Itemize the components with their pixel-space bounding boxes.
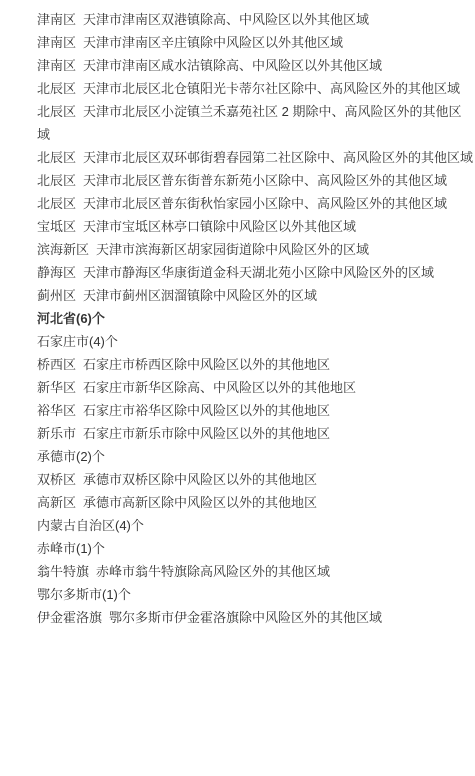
district-name: 津南区 [37,58,76,73]
region-description: 天津市滨海新区胡家园街道除中风险区外的区域 [96,242,369,257]
region-description: 天津市宝坻区林亭口镇除中风险区以外其他区域 [83,219,356,234]
district-name: 静海区 [37,265,76,280]
region-description: 石家庄市新乐市除中风险区以外的其他地区 [83,426,330,441]
region-row: 宝坻区天津市宝坻区林亭口镇除中风险区以外其他区域 [37,215,473,238]
district-name: 桥西区 [37,357,76,372]
region-row: 翁牛特旗赤峰市翁牛特旗除高风险区外的其他区域 [37,560,473,583]
region-description: 天津市蓟州区洇溜镇除中风险区外的区域 [83,288,317,303]
region-row: 北辰区天津市北辰区小淀镇兰禾嘉苑社区 2 期除中、高风险区外的其他区域 [37,100,467,146]
district-name: 裕华区 [37,403,76,418]
region-row: 桥西区石家庄市桥西区除中风险区以外的其他地区 [37,353,473,376]
region-row: 伊金霍洛旗鄂尔多斯市伊金霍洛旗除中风险区外的其他区域 [37,606,473,629]
region-row: 双桥区承德市双桥区除中风险区以外的其他地区 [37,468,473,491]
region-row: 裕华区石家庄市裕华区除中风险区以外的其他地区 [37,399,473,422]
region-description: 天津市津南区辛庄镇除中风险区以外其他区域 [83,35,343,50]
region-row: 北辰区天津市北辰区北仓镇阳光卡蒂尔社区除中、高风险区外的其他区域 [37,77,473,100]
district-name: 北辰区 [37,81,76,96]
region-description: 天津市北辰区小淀镇兰禾嘉苑社区 2 期除中、高风险区外的其他区域 [37,104,461,142]
region-row: 静海区天津市静海区华康街道金科天湖北苑小区除中风险区外的区域 [37,261,473,284]
district-name: 高新区 [37,495,76,510]
region-row: 北辰区天津市北辰区普东街秋怡家园小区除中、高风险区外的其他区域 [37,192,473,215]
region-description: 石家庄市新华区除高、中风险区以外的其他地区 [83,380,356,395]
district-name: 伊金霍洛旗 [37,610,102,625]
province-header-hebei: 河北省(6)个 [37,307,473,330]
province-header-neimenggu: 内蒙古自治区(4)个 [37,514,473,537]
region-row: 新华区石家庄市新华区除高、中风险区以外的其他地区 [37,376,473,399]
district-name: 新乐市 [37,426,76,441]
risk-area-document: 津南区天津市津南区双港镇除高、中风险区以外其他区域津南区天津市津南区辛庄镇除中风… [0,0,475,776]
region-description: 天津市北辰区北仓镇阳光卡蒂尔社区除中、高风险区外的其他区域 [83,81,460,96]
district-name: 双桥区 [37,472,76,487]
city-header-eerduosi: 鄂尔多斯市(1)个 [37,583,473,606]
district-name: 滨海新区 [37,242,89,257]
section-neimenggu: 内蒙古自治区(4)个 赤峰市(1)个 翁牛特旗赤峰市翁牛特旗除高风险区外的其他区… [37,514,473,629]
eerduosi-region-list: 伊金霍洛旗鄂尔多斯市伊金霍洛旗除中风险区外的其他区域 [37,606,473,629]
region-description: 天津市北辰区普东街秋怡家园小区除中、高风险区外的其他区域 [83,196,447,211]
region-description: 天津市北辰区双环邨街碧春园第二社区除中、高风险区外的其他区域 [83,150,473,165]
chengde-region-list: 双桥区承德市双桥区除中风险区以外的其他地区高新区承德市高新区除中风险区以外的其他… [37,468,473,514]
district-name: 蓟州区 [37,288,76,303]
region-row: 津南区天津市津南区双港镇除高、中风险区以外其他区域 [37,8,473,31]
city-header-shijiazhuang: 石家庄市(4)个 [37,330,473,353]
district-name: 北辰区 [37,173,76,188]
region-row: 滨海新区天津市滨海新区胡家园街道除中风险区外的区域 [37,238,473,261]
tianjin-region-list: 津南区天津市津南区双港镇除高、中风险区以外其他区域津南区天津市津南区辛庄镇除中风… [37,8,473,307]
district-name: 宝坻区 [37,219,76,234]
district-name: 津南区 [37,12,76,27]
district-name: 北辰区 [37,150,76,165]
region-description: 天津市津南区双港镇除高、中风险区以外其他区域 [83,12,369,27]
region-row: 蓟州区天津市蓟州区洇溜镇除中风险区外的区域 [37,284,473,307]
region-description: 石家庄市桥西区除中风险区以外的其他地区 [83,357,330,372]
chifeng-region-list: 翁牛特旗赤峰市翁牛特旗除高风险区外的其他区域 [37,560,473,583]
region-row: 津南区天津市津南区咸水沽镇除高、中风险区以外其他区域 [37,54,473,77]
region-description: 天津市静海区华康街道金科天湖北苑小区除中风险区外的区域 [83,265,434,280]
district-name: 新华区 [37,380,76,395]
region-row: 北辰区天津市北辰区双环邨街碧春园第二社区除中、高风险区外的其他区域 [37,146,473,169]
region-row: 高新区承德市高新区除中风险区以外的其他地区 [37,491,473,514]
region-description: 石家庄市裕华区除中风险区以外的其他地区 [83,403,330,418]
city-header-chengde: 承德市(2)个 [37,445,473,468]
region-description: 鄂尔多斯市伊金霍洛旗除中风险区外的其他区域 [109,610,382,625]
region-description: 承德市双桥区除中风险区以外的其他地区 [83,472,317,487]
region-description: 赤峰市翁牛特旗除高风险区外的其他区域 [96,564,330,579]
region-description: 天津市津南区咸水沽镇除高、中风险区以外其他区域 [83,58,382,73]
region-row: 新乐市石家庄市新乐市除中风险区以外的其他地区 [37,422,473,445]
region-row: 津南区天津市津南区辛庄镇除中风险区以外其他区域 [37,31,473,54]
city-header-chifeng: 赤峰市(1)个 [37,537,473,560]
district-name: 翁牛特旗 [37,564,89,579]
district-name: 北辰区 [37,196,76,211]
shijiazhuang-region-list: 桥西区石家庄市桥西区除中风险区以外的其他地区新华区石家庄市新华区除高、中风险区以… [37,353,473,445]
region-description: 承德市高新区除中风险区以外的其他地区 [83,495,317,510]
region-description: 天津市北辰区普东街普东新苑小区除中、高风险区外的其他区域 [83,173,447,188]
region-row: 北辰区天津市北辰区普东街普东新苑小区除中、高风险区外的其他区域 [37,169,473,192]
district-name: 津南区 [37,35,76,50]
section-hebei: 河北省(6)个 石家庄市(4)个 桥西区石家庄市桥西区除中风险区以外的其他地区新… [37,307,473,514]
district-name: 北辰区 [37,104,76,119]
